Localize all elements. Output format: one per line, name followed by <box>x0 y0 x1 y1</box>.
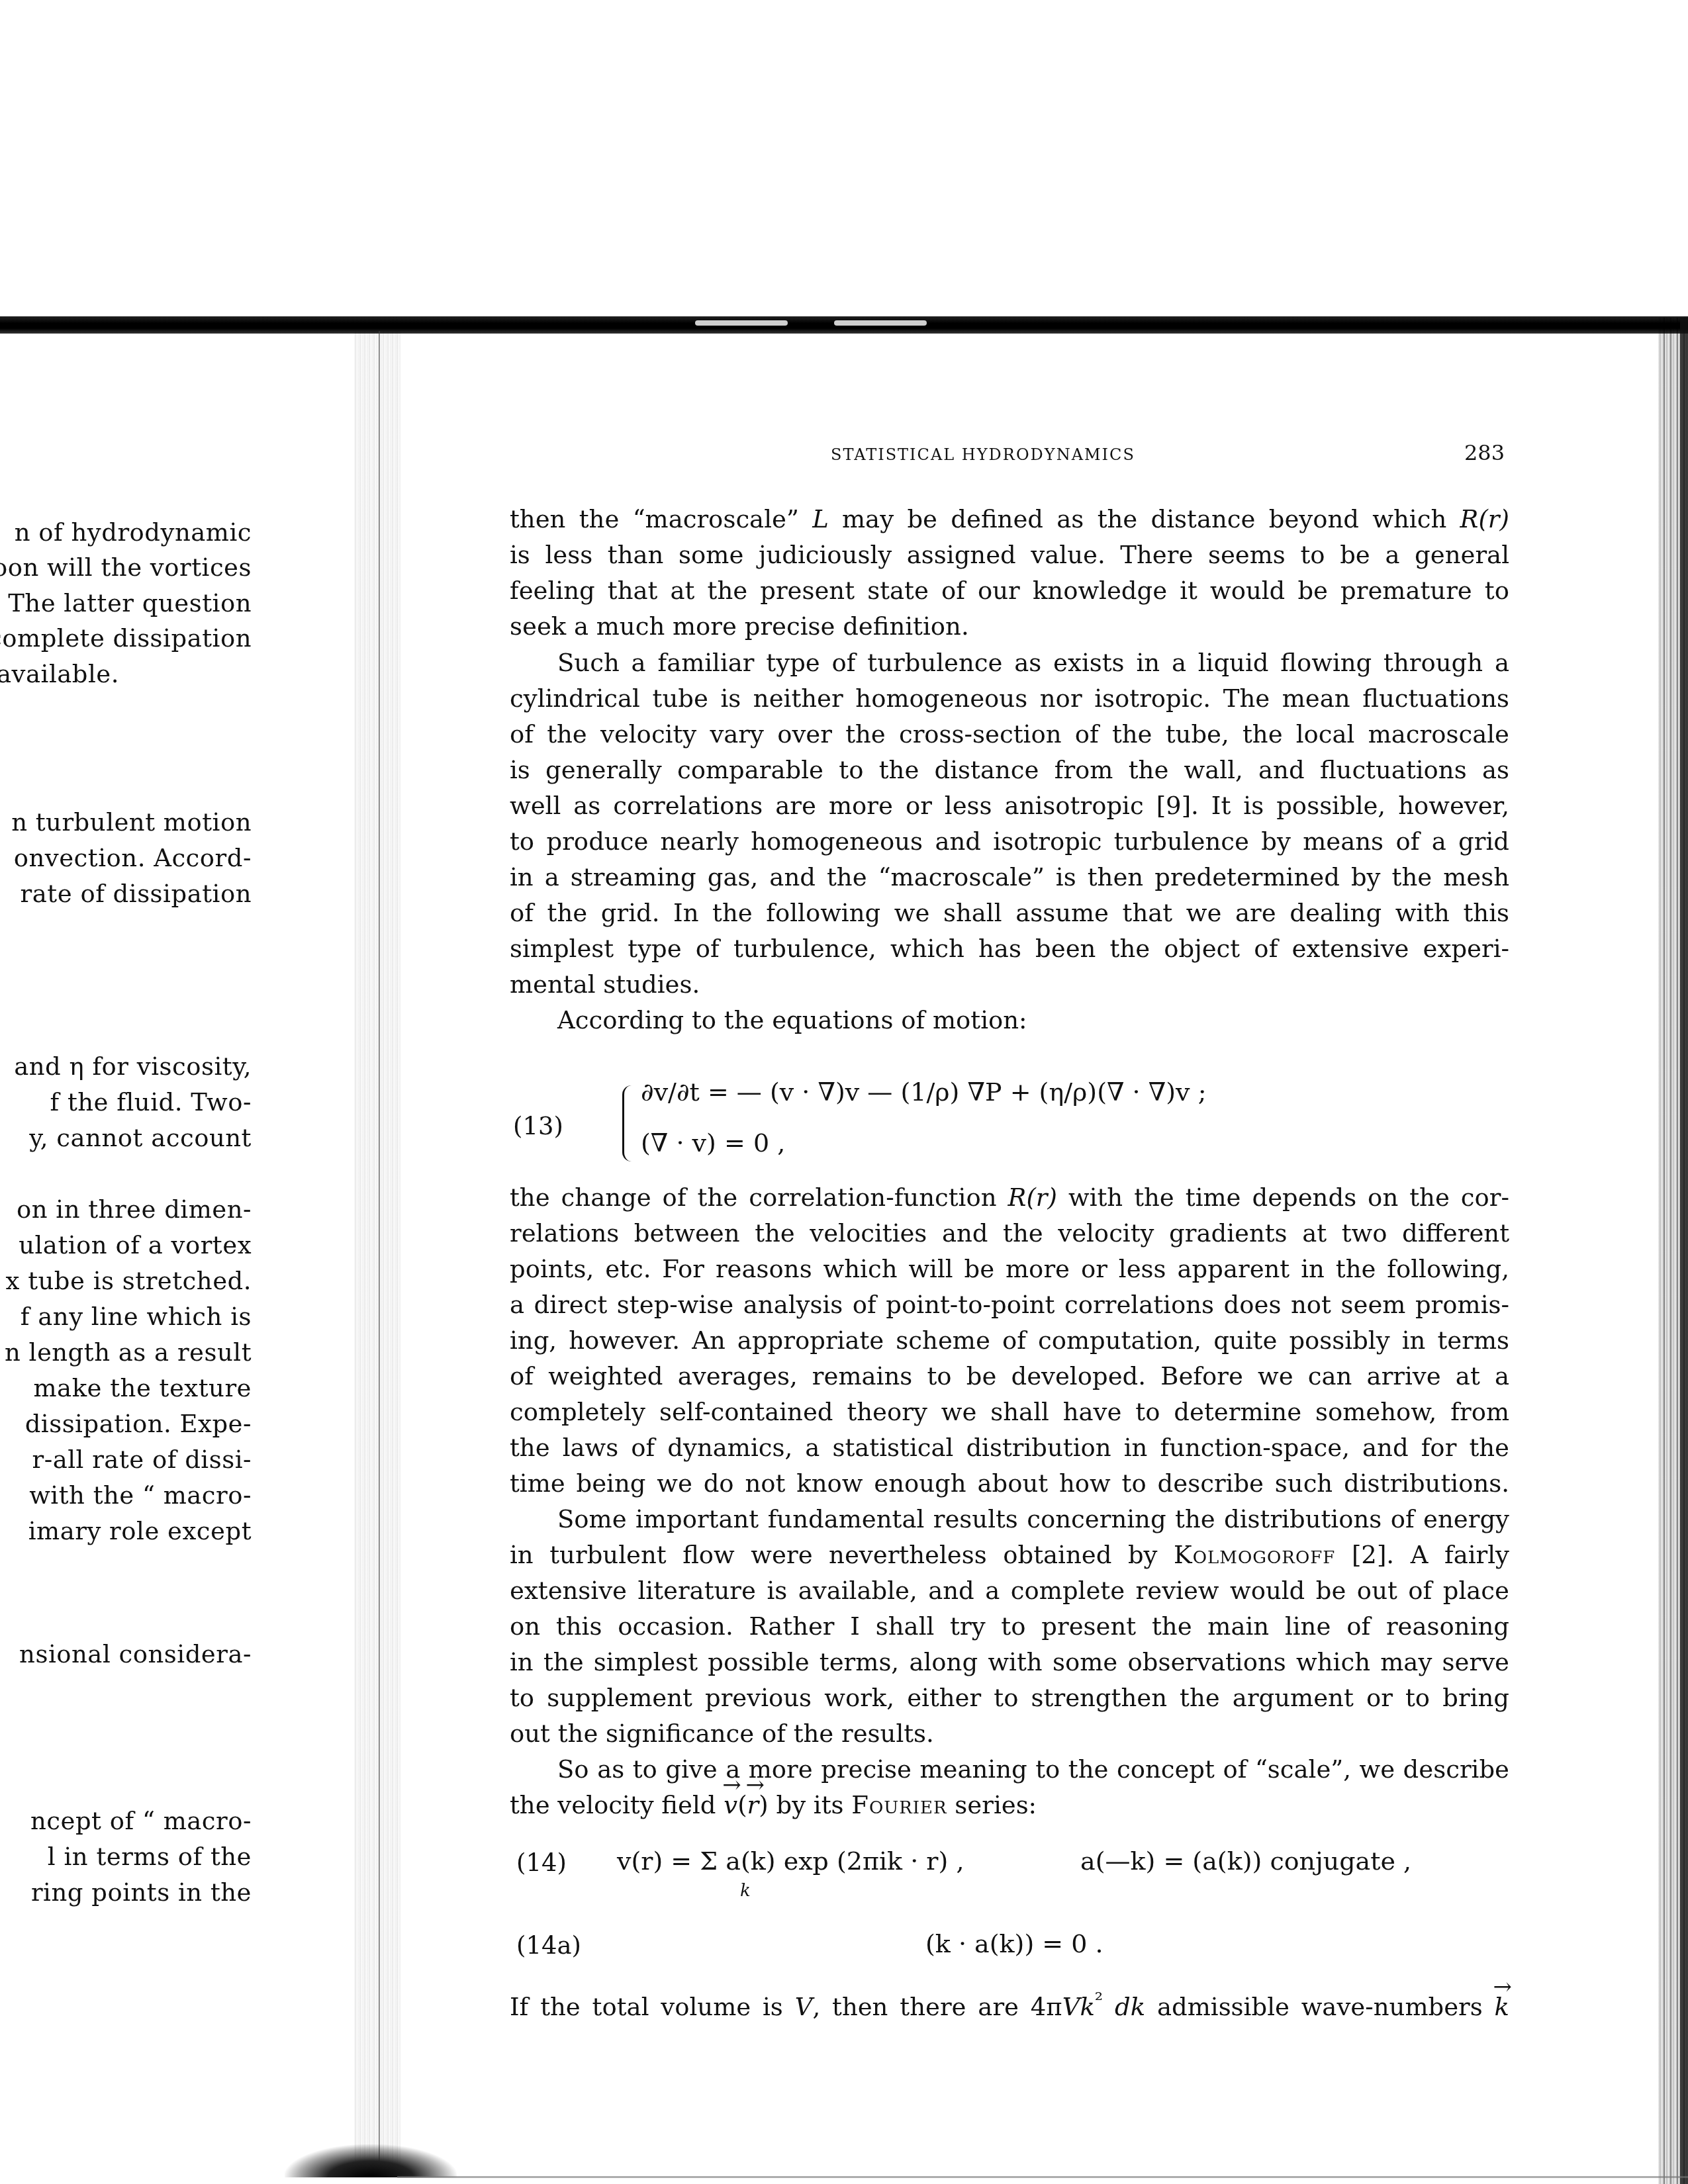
paragraph-line: well as correlations are more or less an… <box>510 792 1509 821</box>
paragraph-line: relations between the velocities and the… <box>510 1219 1509 1248</box>
equation-number: (13) <box>513 1112 563 1140</box>
running-head: STATISTICAL HYDRODYNAMICS <box>831 445 1135 464</box>
paragraph-line: on this occasion. Rather I shall try to … <box>510 1612 1509 1641</box>
left-page-line: rate of dissipation <box>21 880 252 909</box>
left-page-line: y, cannot account <box>29 1124 252 1153</box>
paragraph-line: If the total volume is V, then there are… <box>510 1985 1509 2022</box>
paragraph-line: in turbulent flow were nevertheless obta… <box>510 1541 1509 1570</box>
paragraph-line: Such a familiar type of turbulence as ex… <box>510 649 1509 678</box>
equation-14-rhs: a(—k) = (a(k)) conjugate , <box>1080 1846 1411 1876</box>
page-number: 283 <box>1464 440 1505 465</box>
paragraph-line: So as to give a more precise meaning to … <box>510 1755 1509 1784</box>
binding-shadow-bar <box>0 316 1688 334</box>
left-page-line: The latter question <box>8 589 252 618</box>
paragraph-line: the velocity field v(r) by its Fourier s… <box>510 1791 1509 1820</box>
left-page-line: l in terms of the <box>48 1843 252 1872</box>
vector-v: v <box>724 1791 737 1820</box>
author-name: Fourier <box>851 1791 947 1819</box>
left-page-line: ring points in the <box>31 1878 252 1907</box>
paragraph-line: According to the equations of motion: <box>510 1006 1509 1035</box>
left-page-line: n of hydrodynamic <box>15 518 252 547</box>
left-page-line: n turbulent motion <box>11 808 252 837</box>
paragraph-line: completely self-contained theory we shal… <box>510 1398 1509 1427</box>
left-page-line: imary role except <box>28 1517 252 1546</box>
left-page-line: oon will the vortices <box>0 553 252 582</box>
left-page-line: with the “ macro- <box>29 1481 252 1510</box>
book-gutter-shadow <box>354 331 400 2177</box>
equation-14-sum-index: k <box>740 1881 751 1901</box>
left-page-line: nsional considera- <box>19 1640 252 1669</box>
left-page-line: available. <box>0 660 119 689</box>
paragraph-line: of weighted averages, remains to be deve… <box>510 1362 1509 1391</box>
paragraph-line: extensive literature is available, and a… <box>510 1576 1509 1606</box>
author-name: Kolmogoroff <box>1174 1541 1335 1569</box>
left-page-line: onvection. Accord- <box>14 844 252 873</box>
left-page-line: on in three dimen- <box>17 1195 252 1224</box>
equation-14-lhs: v(r) = Σ a(k) exp (2πik · r) , <box>617 1846 964 1876</box>
equation-number: (14a) <box>516 1931 581 1960</box>
left-page-line: complete dissipation <box>0 624 252 653</box>
book-gutter-line <box>379 331 380 2177</box>
page-edge-shadow <box>1658 318 1688 2184</box>
paragraph-line: the change of the correlation-function R… <box>510 1183 1509 1212</box>
paragraph-line: in a streaming gas, and the “macroscale”… <box>510 863 1509 892</box>
book-gutter-foot-shadow <box>285 2144 457 2177</box>
paragraph-line: simplest type of turbulence, which has b… <box>510 934 1509 964</box>
math-L: L <box>812 505 829 533</box>
paragraph-line: seek a much more precise definition. <box>510 612 1509 641</box>
equation-13-line-1: ∂v/∂t = — (v · ∇)v — (1/ρ) ∇P + (η/ρ)(∇ … <box>641 1077 1206 1107</box>
vector-k: k <box>1495 1993 1509 2022</box>
scan-glint <box>834 320 927 326</box>
paragraph-line: the laws of dynamics, a statistical dist… <box>510 1433 1509 1463</box>
paragraph-line: to supplement previous work, either to s… <box>510 1684 1509 1713</box>
math-R-of-r: R(r) <box>1008 1183 1057 1212</box>
equation-number: (14) <box>516 1848 567 1877</box>
paragraph-line: ing, however. An appropriate scheme of c… <box>510 1326 1509 1355</box>
paragraph-line: a direct step-wise analysis of point-to-… <box>510 1291 1509 1320</box>
left-page-line: and η for viscosity, <box>14 1052 252 1081</box>
left-page-line: x tube is stretched. <box>6 1267 252 1296</box>
equation-14a-body: (k · a(k)) = 0 . <box>925 1929 1103 1958</box>
paragraph-line: feeling that at the present state of our… <box>510 576 1509 606</box>
paragraph-line: then the “macroscale” L may be defined a… <box>510 505 1509 534</box>
paragraph-line: cylindrical tube is neither homogeneous … <box>510 684 1509 713</box>
paragraph-line: is less than some judiciously assigned v… <box>510 541 1509 570</box>
paragraph-line: out the significance of the results. <box>510 1719 1509 1749</box>
paragraph-line: to produce nearly homogeneous and isotro… <box>510 827 1509 856</box>
paragraph-line: Some important fundamental results conce… <box>510 1505 1509 1534</box>
paragraph-line: of the velocity vary over the cross-sect… <box>510 720 1509 749</box>
paragraph-line: in the simplest possible terms, along wi… <box>510 1648 1509 1677</box>
paragraph-line: mental studies. <box>510 970 1509 999</box>
left-page-line: ulation of a vortex <box>19 1231 252 1260</box>
equation-brace <box>622 1085 635 1161</box>
scan-glint <box>695 320 788 326</box>
equation-13-line-2: (∇ · v) = 0 , <box>641 1128 785 1158</box>
left-page-line: ncept of “ macro- <box>30 1807 252 1836</box>
vector-r: r <box>747 1791 759 1820</box>
page-bottom-edge <box>397 2176 1688 2178</box>
paragraph-line: points, etc. For reasons which will be m… <box>510 1255 1509 1284</box>
paragraph-line: of the grid. In the following we shall a… <box>510 899 1509 928</box>
left-page-line: make the texture <box>34 1374 252 1403</box>
left-page-line: r-all rate of dissi- <box>32 1445 252 1475</box>
paragraph-line: time being we do not know enough about h… <box>510 1469 1509 1498</box>
math-R: R <box>1460 505 1479 533</box>
left-page-line: f any line which is <box>21 1302 252 1332</box>
left-page-line: n length as a result <box>5 1338 252 1367</box>
paragraph-line: is generally comparable to the distance … <box>510 756 1509 785</box>
left-page-line: dissipation. Expe- <box>25 1410 252 1439</box>
left-page-fragment: n of hydrodynamic oon will the vortices … <box>0 0 252 2184</box>
left-page-line: f the fluid. Two- <box>50 1088 252 1117</box>
